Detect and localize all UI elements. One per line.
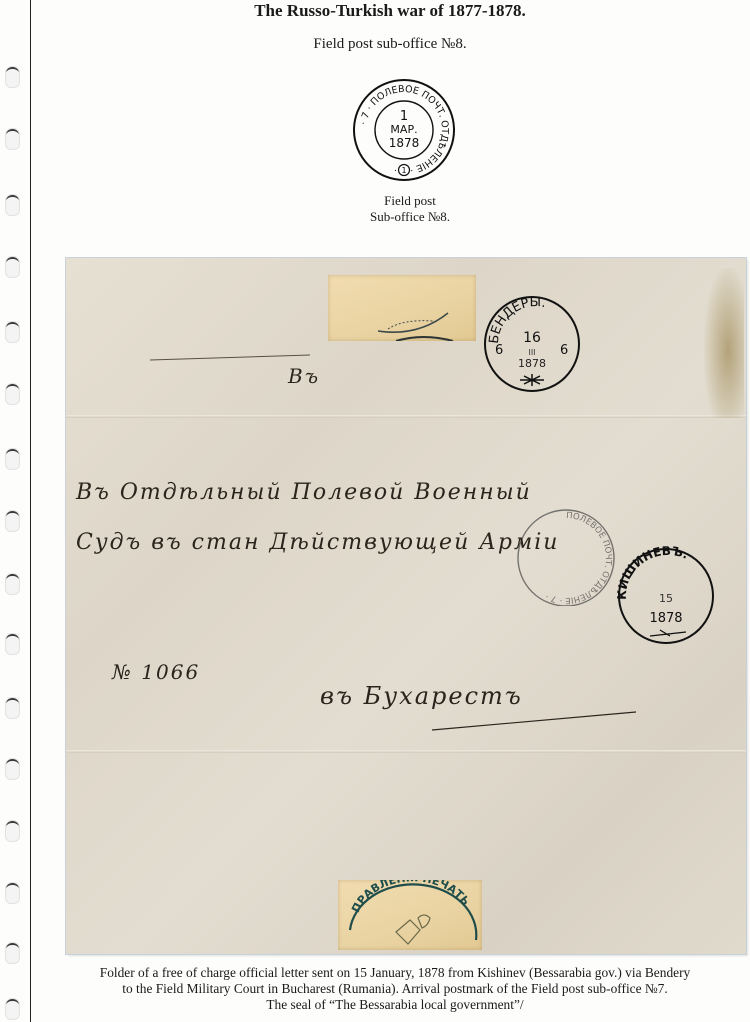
punch-hole	[5, 998, 20, 1020]
punch-hole	[5, 510, 20, 532]
postmark-caption: Field post Sub-office №8.	[300, 193, 520, 225]
punch-hole	[5, 66, 20, 88]
punch-hole	[5, 573, 20, 595]
svg-text:КИШИНЕВЪ.: КИШИНЕВЪ.	[615, 544, 691, 600]
handwriting-top-mark: Въ	[288, 364, 320, 388]
binder-line	[30, 0, 31, 1022]
postmark-day: 1	[400, 109, 408, 124]
stain	[704, 268, 744, 418]
bendery-year: 1878	[518, 357, 546, 370]
kishinev-day: 15	[659, 592, 673, 605]
bendery-month: III	[528, 348, 535, 357]
punch-hole	[5, 321, 20, 343]
handwriting-line-2: Судъ въ стан Дѣйствующей Армiи	[76, 530, 559, 555]
caption-line: Field post	[300, 193, 520, 209]
punch-hole	[5, 758, 20, 780]
punch-hole	[5, 383, 20, 405]
caption-line-2: to the Field Military Court in Bucharest…	[40, 981, 750, 997]
field-arrival-ring-text: ПОЛЕВОЕ ПОЧТ. ОТДѢЛЕНIЕ · 7 ·	[544, 511, 613, 605]
punch-hole	[5, 697, 20, 719]
punch-hole	[5, 256, 20, 278]
page-title: The Russo-Turkish war of 1877-1878.	[30, 1, 750, 21]
postmark-number: 1	[401, 166, 406, 175]
kishinev-name: КИШИНЕВЪ.	[615, 544, 691, 600]
handwriting-destination: въ Бухарестъ	[320, 682, 523, 710]
field-arrival-postmark: ПОЛЕВОЕ ПОЧТ. ОТДѢЛЕНIЕ · 7 ·	[514, 506, 624, 610]
punch-hole	[5, 633, 20, 655]
caption-line-3: The seal of “The Bessarabia local govern…	[40, 997, 750, 1013]
punch-hole	[5, 882, 20, 904]
svg-text:ПОЛЕВОЕ ПОЧТ. ОТДѢЛЕНIЕ · 7 ·: ПОЛЕВОЕ ПОЧТ. ОТДѢЛЕНIЕ · 7 ·	[544, 511, 613, 605]
bendery-postmark: БЕНДЕРЫ. 16 III 1878 6 6	[480, 292, 590, 396]
bendery-side-left: 6	[495, 343, 503, 358]
postmark-month: МАР.	[390, 123, 417, 136]
punch-hole	[5, 194, 20, 216]
exhibit-caption: Folder of a free of charge official lett…	[40, 965, 750, 1013]
field-post-postmark: · 7 · ПОЛЕВОЕ ПОЧТ. ОТДѢЛЕНIЕ · 7 · 1 МА…	[352, 78, 456, 182]
letter-cover: ПРАВЛЕНIЯ ПЕЧАТЬ БЕНДЕРЫ. 16 III 1878 6 …	[66, 258, 746, 954]
punch-hole	[5, 820, 20, 842]
postmark-year: 1878	[389, 136, 420, 150]
rule-line	[150, 354, 310, 364]
fold-line	[66, 415, 746, 418]
page-subtitle: Field post sub-office №8.	[30, 36, 750, 53]
handwriting-line-1: Въ Отдѣльный Полевой Военный	[76, 480, 532, 505]
kishinev-year: 1878	[649, 611, 682, 626]
bendery-day: 16	[523, 330, 541, 346]
underline-flourish	[426, 708, 646, 738]
handwriting-number: № 1066	[112, 660, 200, 684]
fold-line	[66, 750, 746, 753]
punch-hole	[5, 942, 20, 964]
punch-hole	[5, 128, 20, 150]
seal-label-bottom: ПРАВЛЕНIЯ ПЕЧАТЬ	[338, 880, 482, 950]
caption-line-1: Folder of a free of charge official lett…	[40, 965, 750, 981]
seal-label-top	[328, 275, 476, 341]
bendery-side-right: 6	[560, 343, 568, 358]
caption-line: Sub-office №8.	[300, 209, 520, 225]
punch-hole	[5, 448, 20, 470]
kishinev-postmark: КИШИНЕВЪ. 15 1878	[614, 544, 724, 648]
